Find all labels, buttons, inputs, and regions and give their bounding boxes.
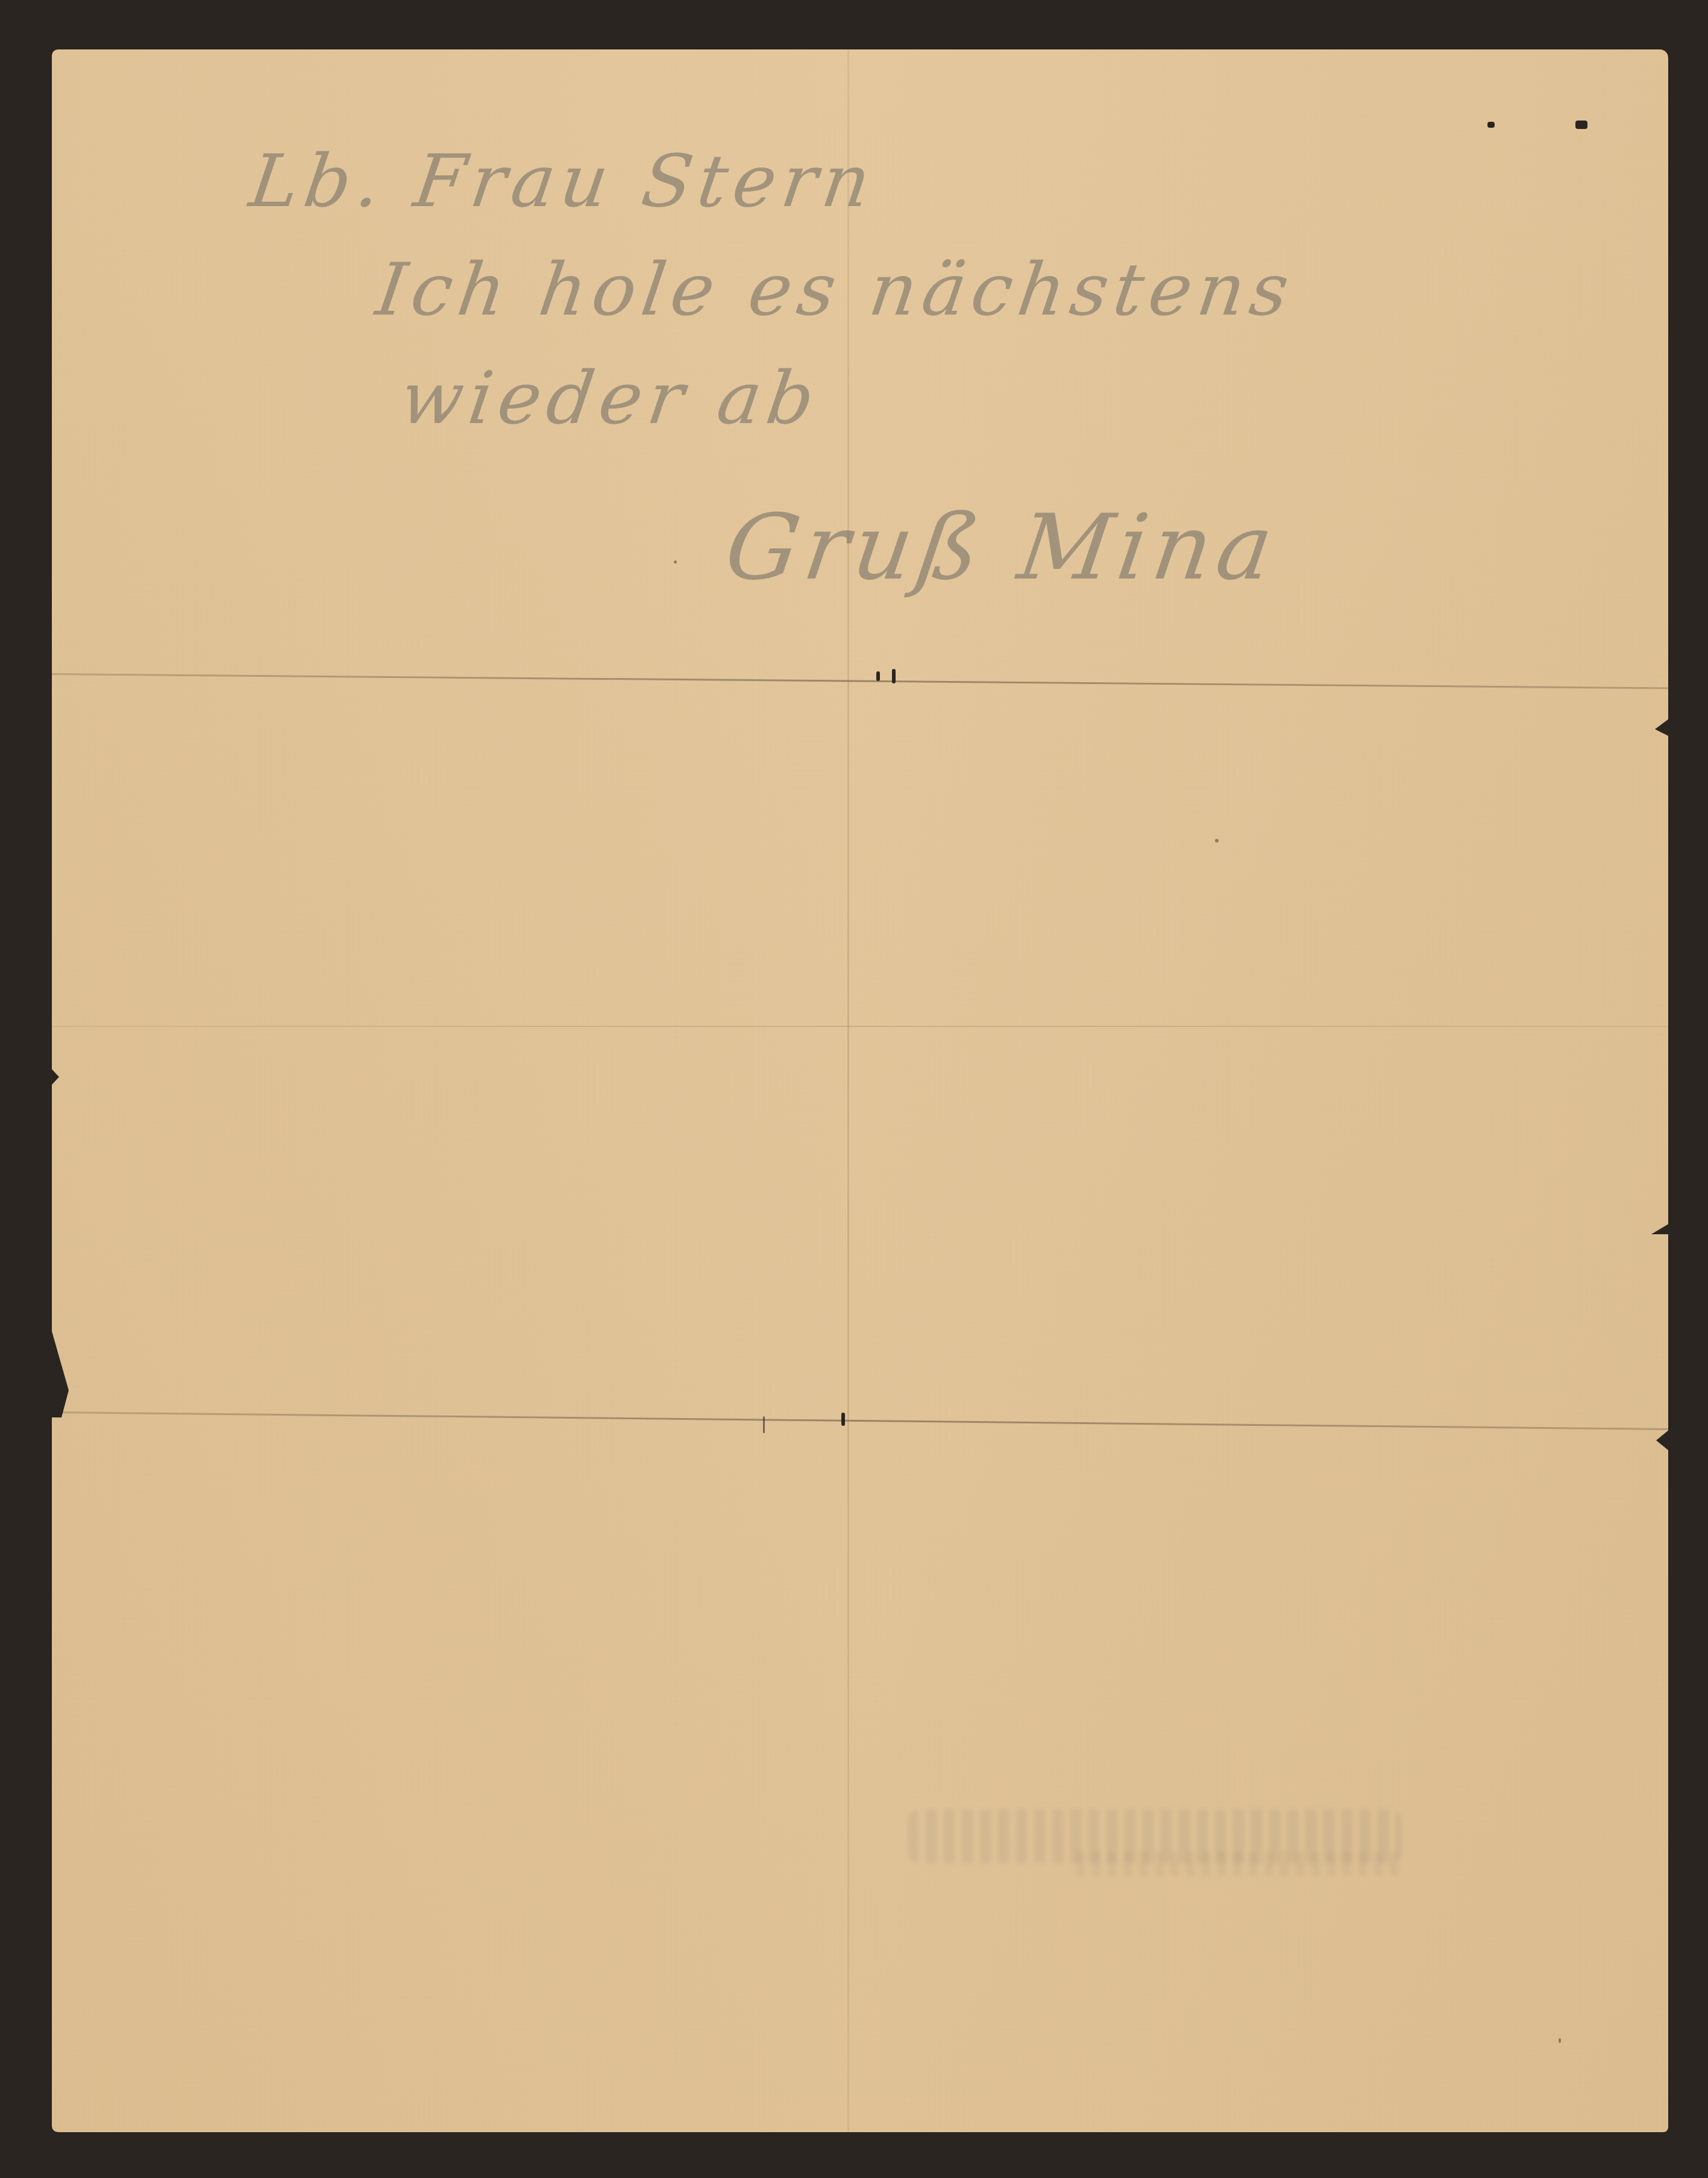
fold-crack <box>763 1416 765 1433</box>
paper-hole <box>1487 122 1495 128</box>
edge-notch <box>1656 1430 1669 1451</box>
edge-notch <box>51 1068 59 1086</box>
body-line-2: wieder ab <box>395 357 825 441</box>
signature-line: Gruß Mina <box>720 495 1285 600</box>
edge-notch <box>1651 1223 1669 1234</box>
bleed-through-text <box>1076 1851 1402 1875</box>
edge-tear <box>51 1327 69 1417</box>
paper-speck <box>1559 2038 1561 2043</box>
body-line-1: Ich hole es nächstens <box>371 248 1299 332</box>
paper-speck <box>674 560 677 563</box>
paper-speck <box>1215 839 1219 843</box>
fold-line-vertical <box>847 49 849 2132</box>
fold-hole <box>876 671 880 681</box>
fold-hole <box>841 1413 845 1426</box>
paper-hole <box>1575 121 1587 129</box>
fold-line-middle <box>52 1026 1668 1027</box>
fold-hole <box>892 669 896 683</box>
fold-line-lower <box>52 1411 1668 1430</box>
edge-notch <box>1655 718 1669 736</box>
salutation-line: Lb. Frau Stern <box>245 140 881 224</box>
paper-sheet: Lb. Frau Stern Ich hole es nächstens wie… <box>52 49 1668 2132</box>
fold-line-upper <box>52 673 1668 689</box>
